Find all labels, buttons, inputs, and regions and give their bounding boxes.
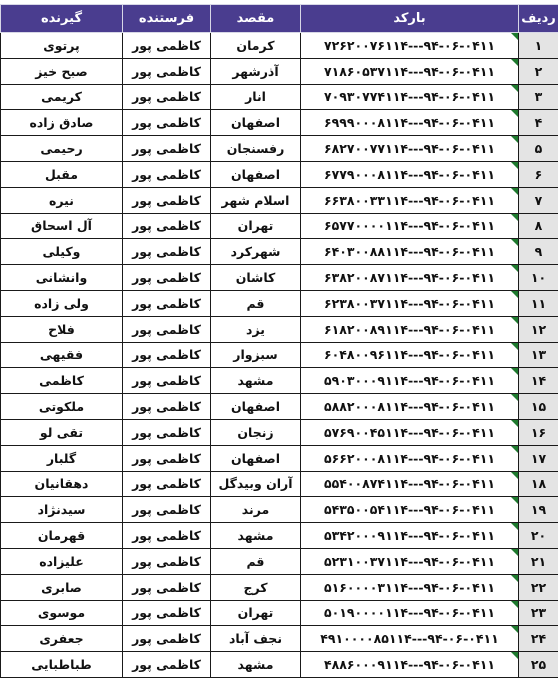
barcode-cell[interactable]: ۹۴-۰۶-۰۴۱۱---۶۱۸۲۰۰۸۹۱۱۴ xyxy=(301,316,519,342)
comment-indicator-icon[interactable] xyxy=(511,59,518,66)
index-cell[interactable]: ۲ xyxy=(519,58,558,84)
barcode-text: ۹۴-۰۶-۰۴۱۱---۶۶۳۸۰۰۳۳۱۱۴ xyxy=(324,193,495,208)
comment-indicator-icon[interactable] xyxy=(511,601,518,608)
recipient-cell[interactable]: صبح خیز xyxy=(1,58,123,84)
index-cell[interactable]: ۱۸ xyxy=(519,471,558,497)
destination-cell[interactable]: شهرکرد xyxy=(211,239,301,265)
sender-cell[interactable]: کاظمی پور xyxy=(123,523,211,549)
shipment-table: ردیف بارکد مقصد فرستنده گیرنده ۱۹۴-۰۶-۰۴… xyxy=(0,4,558,678)
comment-indicator-icon[interactable] xyxy=(511,136,518,143)
barcode-text: ۹۴-۰۶-۰۴۱۱---۶۳۸۲۰۰۸۷۱۱۴ xyxy=(324,270,495,285)
table-row: ۵۹۴-۰۶-۰۴۱۱---۶۸۲۷۰۰۷۷۱۱۴رفسنجانکاظمی پو… xyxy=(1,136,558,162)
destination-cell[interactable]: انار xyxy=(211,84,301,110)
sender-cell[interactable]: کاظمی پور xyxy=(123,239,211,265)
destination-cell[interactable]: آران وبیدگل xyxy=(211,471,301,497)
comment-indicator-icon[interactable] xyxy=(511,394,518,401)
index-cell[interactable]: ۹ xyxy=(519,239,558,265)
recipient-cell[interactable]: طباطبایی xyxy=(1,652,123,678)
table-row: ۲۹۴-۰۶-۰۴۱۱---۷۱۸۶۰۵۳۷۱۱۴آذرشهرکاظمی پور… xyxy=(1,58,558,84)
comment-indicator-icon[interactable] xyxy=(511,368,518,375)
sender-cell[interactable]: کاظمی پور xyxy=(123,394,211,420)
table-row: ۲۰۹۴-۰۶-۰۴۱۱---۵۳۴۲۰۰۰۹۱۱۴مشهدکاظمی پورق… xyxy=(1,523,558,549)
comment-indicator-icon[interactable] xyxy=(511,575,518,582)
recipient-cell[interactable]: فلاح xyxy=(1,316,123,342)
table-row: ۱۵۹۴-۰۶-۰۴۱۱---۵۸۸۲۰۰۰۸۱۱۴اصفهانکاظمی پو… xyxy=(1,394,558,420)
table-row: ۱۱۹۴-۰۶-۰۴۱۱---۶۲۳۸۰۰۳۷۱۱۴قمکاظمی پورولی… xyxy=(1,290,558,316)
destination-cell[interactable]: مشهد xyxy=(211,368,301,394)
comment-indicator-icon[interactable] xyxy=(511,188,518,195)
barcode-text: ۹۴-۰۶-۰۴۱۱---۵۴۳۵۰۰۵۴۱۱۴ xyxy=(324,502,495,517)
comment-indicator-icon[interactable] xyxy=(511,110,518,117)
barcode-cell[interactable]: ۹۴-۰۶-۰۴۱۱---۶۶۳۸۰۰۳۳۱۱۴ xyxy=(301,187,519,213)
recipient-cell[interactable]: مقبل xyxy=(1,161,123,187)
destination-cell[interactable]: آذرشهر xyxy=(211,58,301,84)
index-cell[interactable]: ۱۲ xyxy=(519,316,558,342)
destination-cell[interactable]: قم xyxy=(211,290,301,316)
index-cell[interactable]: ۸ xyxy=(519,213,558,239)
sender-cell[interactable]: کاظمی پور xyxy=(123,213,211,239)
barcode-text: ۹۴-۰۶-۰۴۱۱---۴۹۱۰۰۰۰۸۵۱۱۴ xyxy=(320,631,499,646)
index-cell[interactable]: ۵ xyxy=(519,136,558,162)
barcode-cell[interactable]: ۹۴-۰۶-۰۴۱۱---۵۱۶۰۰۰۰۳۱۱۴ xyxy=(301,574,519,600)
index-cell[interactable]: ۱۵ xyxy=(519,394,558,420)
barcode-cell[interactable]: ۹۴-۰۶-۰۴۱۱---۶۲۳۸۰۰۳۷۱۱۴ xyxy=(301,290,519,316)
barcode-text: ۹۴-۰۶-۰۴۱۱---۷۱۸۶۰۵۳۷۱۱۴ xyxy=(324,64,495,79)
table-row: ۱۰۹۴-۰۶-۰۴۱۱---۶۳۸۲۰۰۸۷۱۱۴کاشانکاظمی پور… xyxy=(1,265,558,291)
destination-cell[interactable]: تهران xyxy=(211,213,301,239)
destination-cell[interactable]: اصفهان xyxy=(211,161,301,187)
recipient-cell[interactable]: پرتوی xyxy=(1,33,123,59)
index-cell[interactable]: ۲۳ xyxy=(519,600,558,626)
sender-cell[interactable]: کاظمی پور xyxy=(123,600,211,626)
barcode-text: ۹۴-۰۶-۰۴۱۱---۵۸۸۲۰۰۰۸۱۱۴ xyxy=(324,399,495,414)
index-cell[interactable]: ۷ xyxy=(519,187,558,213)
destination-cell[interactable]: سبزوار xyxy=(211,342,301,368)
sender-cell[interactable]: کاظمی پور xyxy=(123,110,211,136)
barcode-text: ۹۴-۰۶-۰۴۱۱---۶۹۹۹۰۰۰۸۱۱۴ xyxy=(324,115,495,130)
recipient-cell[interactable]: کاظمی xyxy=(1,368,123,394)
destination-cell[interactable]: کرمان xyxy=(211,33,301,59)
table-row: ۲۴۹۴-۰۶-۰۴۱۱---۴۹۱۰۰۰۰۸۵۱۱۴نجف آبادکاظمی… xyxy=(1,626,558,652)
barcode-cell[interactable]: ۹۴-۰۶-۰۴۱۱---۶۰۴۸۰۰۹۶۱۱۴ xyxy=(301,342,519,368)
sender-cell[interactable]: کاظمی پور xyxy=(123,497,211,523)
destination-cell[interactable]: زنجان xyxy=(211,419,301,445)
destination-cell[interactable]: اسلام شهر xyxy=(211,187,301,213)
table-row: ۸۹۴-۰۶-۰۴۱۱---۶۵۷۷۰۰۰۰۱۱۴تهرانکاظمی پورآ… xyxy=(1,213,558,239)
comment-indicator-icon[interactable] xyxy=(511,291,518,298)
barcode-text: ۹۴-۰۶-۰۴۱۱---۵۲۳۱۰۰۳۷۱۱۴ xyxy=(324,554,495,569)
sender-cell[interactable]: کاظمی پور xyxy=(123,548,211,574)
index-cell[interactable]: ۱۶ xyxy=(519,419,558,445)
recipient-cell[interactable]: ولی زاده xyxy=(1,290,123,316)
index-cell[interactable]: ۳ xyxy=(519,84,558,110)
barcode-text: ۹۴-۰۶-۰۴۱۱---۵۵۴۰۰۸۷۴۱۱۴ xyxy=(324,476,495,491)
table-row: ۱۲۹۴-۰۶-۰۴۱۱---۶۱۸۲۰۰۸۹۱۱۴یزدکاظمی پورفل… xyxy=(1,316,558,342)
barcode-cell[interactable]: ۹۴-۰۶-۰۴۱۱---۵۹۰۳۰۰۰۹۱۱۴ xyxy=(301,368,519,394)
recipient-cell[interactable]: رحیمی xyxy=(1,136,123,162)
table-row: ۹۹۴-۰۶-۰۴۱۱---۶۴۰۳۰۰۸۸۱۱۴شهرکردکاظمی پور… xyxy=(1,239,558,265)
comment-indicator-icon[interactable] xyxy=(511,239,518,246)
comment-indicator-icon[interactable] xyxy=(511,420,518,427)
destination-cell[interactable]: کاشان xyxy=(211,265,301,291)
barcode-text: ۹۴-۰۶-۰۴۱۱---۵۷۶۹۰۰۴۵۱۱۴ xyxy=(324,425,495,440)
comment-indicator-icon[interactable] xyxy=(511,549,518,556)
barcode-cell[interactable]: ۹۴-۰۶-۰۴۱۱---۶۷۷۹۰۰۰۸۱۱۴ xyxy=(301,161,519,187)
index-cell[interactable]: ۲۰ xyxy=(519,523,558,549)
barcode-text: ۹۴-۰۶-۰۴۱۱---۶۵۷۷۰۰۰۰۱۱۴ xyxy=(324,218,495,233)
barcode-text: ۹۴-۰۶-۰۴۱۱---۴۸۸۶۰۰۰۹۱۱۴ xyxy=(324,657,495,672)
sender-cell[interactable]: کاظمی پور xyxy=(123,419,211,445)
barcode-cell[interactable]: ۹۴-۰۶-۰۴۱۱---۵۰۱۹۰۰۰۰۱۱۴ xyxy=(301,600,519,626)
index-cell[interactable]: ۱۷ xyxy=(519,445,558,471)
header-sender[interactable]: فرستنده xyxy=(123,5,211,33)
header-recipient[interactable]: گیرنده xyxy=(1,5,123,33)
table-row: ۱۷۹۴-۰۶-۰۴۱۱---۵۶۶۲۰۰۰۸۱۱۴اصفهانکاظمی پو… xyxy=(1,445,558,471)
header-barcode[interactable]: بارکد xyxy=(301,5,519,33)
comment-indicator-icon[interactable] xyxy=(511,626,518,633)
index-cell[interactable]: ۲۵ xyxy=(519,652,558,678)
barcode-cell[interactable]: ۹۴-۰۶-۰۴۱۱---۷۱۸۶۰۵۳۷۱۱۴ xyxy=(301,58,519,84)
recipient-cell[interactable]: کریمی xyxy=(1,84,123,110)
destination-cell[interactable]: اصفهان xyxy=(211,445,301,471)
spreadsheet: ردیف بارکد مقصد فرستنده گیرنده ۱۹۴-۰۶-۰۴… xyxy=(0,0,558,678)
table-row: ۴۹۴-۰۶-۰۴۱۱---۶۹۹۹۰۰۰۸۱۱۴اصفهانکاظمی پور… xyxy=(1,110,558,136)
recipient-cell[interactable]: دهقانیان xyxy=(1,471,123,497)
barcode-cell[interactable]: ۹۴-۰۶-۰۴۱۱---۵۴۳۵۰۰۵۴۱۱۴ xyxy=(301,497,519,523)
barcode-text: ۹۴-۰۶-۰۴۱۱---۶۱۸۲۰۰۸۹۱۱۴ xyxy=(324,322,495,337)
table-row: ۱۴۹۴-۰۶-۰۴۱۱---۵۹۰۳۰۰۰۹۱۱۴مشهدکاظمی پورک… xyxy=(1,368,558,394)
table-row: ۲۵۹۴-۰۶-۰۴۱۱---۴۸۸۶۰۰۰۹۱۱۴مشهدکاظمی پورط… xyxy=(1,652,558,678)
recipient-cell[interactable]: موسوی xyxy=(1,600,123,626)
recipient-cell[interactable]: نیره xyxy=(1,187,123,213)
barcode-cell[interactable]: ۹۴-۰۶-۰۴۱۱---۴۹۱۰۰۰۰۸۵۱۱۴ xyxy=(301,626,519,652)
comment-indicator-icon[interactable] xyxy=(511,214,518,221)
recipient-cell[interactable]: آل اسحاق xyxy=(1,213,123,239)
table-row: ۱۸۹۴-۰۶-۰۴۱۱---۵۵۴۰۰۸۷۴۱۱۴آران وبیدگلکاظ… xyxy=(1,471,558,497)
sender-cell[interactable]: کاظمی پور xyxy=(123,445,211,471)
destination-cell[interactable]: رفسنجان xyxy=(211,136,301,162)
destination-cell[interactable]: اصفهان xyxy=(211,110,301,136)
barcode-cell[interactable]: ۹۴-۰۶-۰۴۱۱---۷۰۹۳۰۷۷۴۱۱۴ xyxy=(301,84,519,110)
destination-cell[interactable]: تهران xyxy=(211,600,301,626)
sender-cell[interactable]: کاظمی پور xyxy=(123,136,211,162)
table-row: ۱۹۴-۰۶-۰۴۱۱---۷۲۶۲۰۰۷۶۱۱۴کرمانکاظمی پورپ… xyxy=(1,33,558,59)
barcode-text: ۹۴-۰۶-۰۴۱۱---۶۲۳۸۰۰۳۷۱۱۴ xyxy=(324,296,495,311)
barcode-cell[interactable]: ۹۴-۰۶-۰۴۱۱---۵۶۶۲۰۰۰۸۱۱۴ xyxy=(301,445,519,471)
sender-cell[interactable]: کاظمی پور xyxy=(123,574,211,600)
sender-cell[interactable]: کاظمی پور xyxy=(123,316,211,342)
barcode-text: ۹۴-۰۶-۰۴۱۱---۵۹۰۳۰۰۰۹۱۱۴ xyxy=(324,373,495,388)
recipient-cell[interactable]: فقیهی xyxy=(1,342,123,368)
recipient-cell[interactable]: صابری xyxy=(1,574,123,600)
header-index[interactable]: ردیف xyxy=(519,5,558,33)
sender-cell[interactable]: کاظمی پور xyxy=(123,290,211,316)
destination-cell[interactable]: یزد xyxy=(211,316,301,342)
sender-cell[interactable]: کاظمی پور xyxy=(123,626,211,652)
comment-indicator-icon[interactable] xyxy=(511,317,518,324)
index-cell[interactable]: ۲۲ xyxy=(519,574,558,600)
barcode-text: ۹۴-۰۶-۰۴۱۱---۷۲۶۲۰۰۷۶۱۱۴ xyxy=(324,38,495,53)
barcode-cell[interactable]: ۹۴-۰۶-۰۴۱۱---۵۳۴۲۰۰۰۹۱۱۴ xyxy=(301,523,519,549)
destination-cell[interactable]: نجف آباد xyxy=(211,626,301,652)
barcode-text: ۹۴-۰۶-۰۴۱۱---۵۰۱۹۰۰۰۰۱۱۴ xyxy=(324,605,495,620)
table-row: ۶۹۴-۰۶-۰۴۱۱---۶۷۷۹۰۰۰۸۱۱۴اصفهانکاظمی پور… xyxy=(1,161,558,187)
recipient-cell[interactable]: صادق زاده xyxy=(1,110,123,136)
recipient-cell[interactable]: گلبار xyxy=(1,445,123,471)
barcode-text: ۹۴-۰۶-۰۴۱۱---۵۶۶۲۰۰۰۸۱۱۴ xyxy=(324,451,495,466)
index-cell[interactable]: ۱۴ xyxy=(519,368,558,394)
table-row: ۲۳۹۴-۰۶-۰۴۱۱---۵۰۱۹۰۰۰۰۱۱۴تهرانکاظمی پور… xyxy=(1,600,558,626)
sender-cell[interactable]: کاظمی پور xyxy=(123,265,211,291)
header-destination[interactable]: مقصد xyxy=(211,5,301,33)
recipient-cell[interactable]: سیدنژاد xyxy=(1,497,123,523)
index-cell[interactable]: ۱۳ xyxy=(519,342,558,368)
sender-cell[interactable]: کاظمی پور xyxy=(123,471,211,497)
table-row: ۳۹۴-۰۶-۰۴۱۱---۷۰۹۳۰۷۷۴۱۱۴انارکاظمی پورکر… xyxy=(1,84,558,110)
index-cell[interactable]: ۱۹ xyxy=(519,497,558,523)
barcode-cell[interactable]: ۹۴-۰۶-۰۴۱۱---۵۵۴۰۰۸۷۴۱۱۴ xyxy=(301,471,519,497)
recipient-cell[interactable]: ملکوتی xyxy=(1,394,123,420)
destination-cell[interactable]: مشهد xyxy=(211,652,301,678)
table-row: ۱۶۹۴-۰۶-۰۴۱۱---۵۷۶۹۰۰۴۵۱۱۴زنجانکاظمی پور… xyxy=(1,419,558,445)
barcode-cell[interactable]: ۹۴-۰۶-۰۴۱۱---۵۸۸۲۰۰۰۸۱۱۴ xyxy=(301,394,519,420)
comment-indicator-icon[interactable] xyxy=(511,497,518,504)
recipient-cell[interactable]: قهرمان xyxy=(1,523,123,549)
destination-cell[interactable]: کرج xyxy=(211,574,301,600)
barcode-text: ۹۴-۰۶-۰۴۱۱---۵۳۴۲۰۰۰۹۱۱۴ xyxy=(324,528,495,543)
index-cell[interactable]: ۱۰ xyxy=(519,265,558,291)
barcode-cell[interactable]: ۹۴-۰۶-۰۴۱۱---۵۲۳۱۰۰۳۷۱۱۴ xyxy=(301,548,519,574)
barcode-text: ۹۴-۰۶-۰۴۱۱---۶۰۴۸۰۰۹۶۱۱۴ xyxy=(324,347,495,362)
comment-indicator-icon[interactable] xyxy=(511,33,518,40)
destination-cell[interactable]: قم xyxy=(211,548,301,574)
sender-cell[interactable]: کاظمی پور xyxy=(123,652,211,678)
table-row: ۱۹۹۴-۰۶-۰۴۱۱---۵۴۳۵۰۰۵۴۱۱۴مرندکاظمی پورس… xyxy=(1,497,558,523)
barcode-cell[interactable]: ۹۴-۰۶-۰۴۱۱---۶۹۹۹۰۰۰۸۱۱۴ xyxy=(301,110,519,136)
index-cell[interactable]: ۲۱ xyxy=(519,548,558,574)
barcode-cell[interactable]: ۹۴-۰۶-۰۴۱۱---۶۳۸۲۰۰۸۷۱۱۴ xyxy=(301,265,519,291)
recipient-cell[interactable]: وکیلی xyxy=(1,239,123,265)
recipient-cell[interactable]: تقی لو xyxy=(1,419,123,445)
comment-indicator-icon[interactable] xyxy=(511,85,518,92)
destination-cell[interactable]: اصفهان xyxy=(211,394,301,420)
recipient-cell[interactable]: علیزاده xyxy=(1,548,123,574)
barcode-text: ۹۴-۰۶-۰۴۱۱---۶۷۷۹۰۰۰۸۱۱۴ xyxy=(324,167,495,182)
destination-cell[interactable]: مشهد xyxy=(211,523,301,549)
table-row: ۱۳۹۴-۰۶-۰۴۱۱---۶۰۴۸۰۰۹۶۱۱۴سبزوارکاظمی پو… xyxy=(1,342,558,368)
index-cell[interactable]: ۴ xyxy=(519,110,558,136)
sender-cell[interactable]: کاظمی پور xyxy=(123,161,211,187)
sender-cell[interactable]: کاظمی پور xyxy=(123,58,211,84)
header-row: ردیف بارکد مقصد فرستنده گیرنده xyxy=(1,5,558,33)
comment-indicator-icon[interactable] xyxy=(511,265,518,272)
sender-cell[interactable]: کاظمی پور xyxy=(123,33,211,59)
comment-indicator-icon[interactable] xyxy=(511,472,518,479)
recipient-cell[interactable]: وانشانی xyxy=(1,265,123,291)
sender-cell[interactable]: کاظمی پور xyxy=(123,84,211,110)
sender-cell[interactable]: کاظمی پور xyxy=(123,342,211,368)
destination-cell[interactable]: مرند xyxy=(211,497,301,523)
table-row: ۷۹۴-۰۶-۰۴۱۱---۶۶۳۸۰۰۳۳۱۱۴اسلام شهرکاظمی … xyxy=(1,187,558,213)
barcode-cell[interactable]: ۹۴-۰۶-۰۴۱۱---۶۴۰۳۰۰۸۸۱۱۴ xyxy=(301,239,519,265)
index-cell[interactable]: ۶ xyxy=(519,161,558,187)
sender-cell[interactable]: کاظمی پور xyxy=(123,368,211,394)
barcode-cell[interactable]: ۹۴-۰۶-۰۴۱۱---۶۵۷۷۰۰۰۰۱۱۴ xyxy=(301,213,519,239)
comment-indicator-icon[interactable] xyxy=(511,652,518,659)
table-body: ۱۹۴-۰۶-۰۴۱۱---۷۲۶۲۰۰۷۶۱۱۴کرمانکاظمی پورپ… xyxy=(1,33,558,678)
sender-cell[interactable]: کاظمی پور xyxy=(123,187,211,213)
barcode-cell[interactable]: ۹۴-۰۶-۰۴۱۱---۶۸۲۷۰۰۷۷۱۱۴ xyxy=(301,136,519,162)
comment-indicator-icon[interactable] xyxy=(511,343,518,350)
barcode-text: ۹۴-۰۶-۰۴۱۱---۵۱۶۰۰۰۰۳۱۱۴ xyxy=(324,580,495,595)
comment-indicator-icon[interactable] xyxy=(511,446,518,453)
recipient-cell[interactable]: جعفری xyxy=(1,626,123,652)
barcode-cell[interactable]: ۹۴-۰۶-۰۴۱۱---۴۸۸۶۰۰۰۹۱۱۴ xyxy=(301,652,519,678)
table-row: ۲۱۹۴-۰۶-۰۴۱۱---۵۲۳۱۰۰۳۷۱۱۴قمکاظمی پورعلی… xyxy=(1,548,558,574)
index-cell[interactable]: ۱۱ xyxy=(519,290,558,316)
barcode-text: ۹۴-۰۶-۰۴۱۱---۷۰۹۳۰۷۷۴۱۱۴ xyxy=(324,89,495,104)
index-cell[interactable]: ۱ xyxy=(519,33,558,59)
barcode-text: ۹۴-۰۶-۰۴۱۱---۶۸۲۷۰۰۷۷۱۱۴ xyxy=(324,141,495,156)
barcode-cell[interactable]: ۹۴-۰۶-۰۴۱۱---۷۲۶۲۰۰۷۶۱۱۴ xyxy=(301,33,519,59)
comment-indicator-icon[interactable] xyxy=(511,162,518,169)
barcode-cell[interactable]: ۹۴-۰۶-۰۴۱۱---۵۷۶۹۰۰۴۵۱۱۴ xyxy=(301,419,519,445)
barcode-text: ۹۴-۰۶-۰۴۱۱---۶۴۰۳۰۰۸۸۱۱۴ xyxy=(324,244,495,259)
comment-indicator-icon[interactable] xyxy=(511,523,518,530)
table-row: ۲۲۹۴-۰۶-۰۴۱۱---۵۱۶۰۰۰۰۳۱۱۴کرجکاظمی پورصا… xyxy=(1,574,558,600)
index-cell[interactable]: ۲۴ xyxy=(519,626,558,652)
